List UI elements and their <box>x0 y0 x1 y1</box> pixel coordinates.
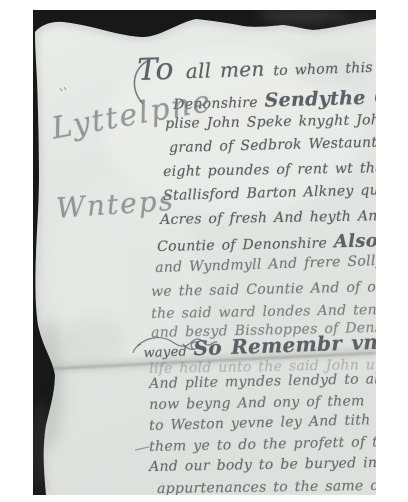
marginal-inscription: Wnteps <box>55 184 176 225</box>
line-text: Stallisford Barton Alkney quar <box>163 182 376 204</box>
manuscript-line: now beyng And ony of them <box>149 394 365 412</box>
line-text: appurtenances to the same our Ol <box>157 477 376 495</box>
manuscript-line: and Wyndmyll And frere Sollyng <box>155 253 376 275</box>
line-text: eight poundes of rent wt thappoyntoi <box>163 159 376 180</box>
manuscript-line: To all men to whom this p <box>137 47 376 86</box>
line-text: Sendythe Gre <box>264 86 376 112</box>
manuscript-line: Acres of fresh And heyth And f <box>160 209 376 227</box>
manuscript-line: appurtenances to the same our Ol <box>157 478 376 495</box>
marginal-inscription: Lyttelpne <box>49 84 215 147</box>
line-text: all men <box>185 56 273 83</box>
manuscript-line: them ye to do the profett of the issues <box>149 434 376 454</box>
line-text: them ye to do the profett of the issues <box>149 433 376 455</box>
manuscript-text-block: To all men to whom this p Denonshire Sen… <box>33 10 376 495</box>
line-text: we the said Countie And of our he <box>151 278 376 300</box>
manuscript-line: we the said Countie And of our he <box>151 279 376 299</box>
line-text: Also th <box>334 230 376 253</box>
line-text: grand of Sedbrok Westaunton p <box>169 134 376 156</box>
manuscript-photo: To all men to whom this p Denonshire Sen… <box>33 10 376 495</box>
line-text: and Wyndmyll And frere Sollyng <box>155 252 376 276</box>
manuscript-line: And plite myndes lendyd to all <box>149 372 376 391</box>
line-text: the said ward londes And tentes <box>151 302 376 322</box>
manuscript-line: to Weston yevne ley And tith <box>149 413 371 433</box>
line-text: To <box>137 51 186 88</box>
line-text: And our body to be buryed in the n <box>149 454 376 475</box>
manuscript-line: And our body to be buryed in the n <box>149 455 376 474</box>
line-text: Acres of fresh And heyth And f <box>160 208 376 228</box>
scanned-manuscript-page: To all men to whom this p Denonshire Sen… <box>0 0 408 502</box>
line-text: now beyng And ony of them <box>149 393 365 413</box>
line-text: to whom this p <box>273 59 376 79</box>
line-text: to Weston yevne ley And tith <box>149 412 371 434</box>
manuscript-line: Stallisford Barton Alkney quar <box>163 183 376 203</box>
manuscript-line: eight poundes of rent wt thappoyntoi <box>163 160 376 179</box>
manuscript-line: grand of Sedbrok Westaunton p <box>169 135 376 155</box>
line-text: So Remembr vn <box>193 330 376 360</box>
manuscript-line: Countie of Denonshire Also th <box>157 232 376 255</box>
manuscript-line: the said ward londes And tentes <box>151 303 376 321</box>
line-text: wayed <box>143 344 194 361</box>
line-text: Countie of Denonshire <box>157 235 334 255</box>
